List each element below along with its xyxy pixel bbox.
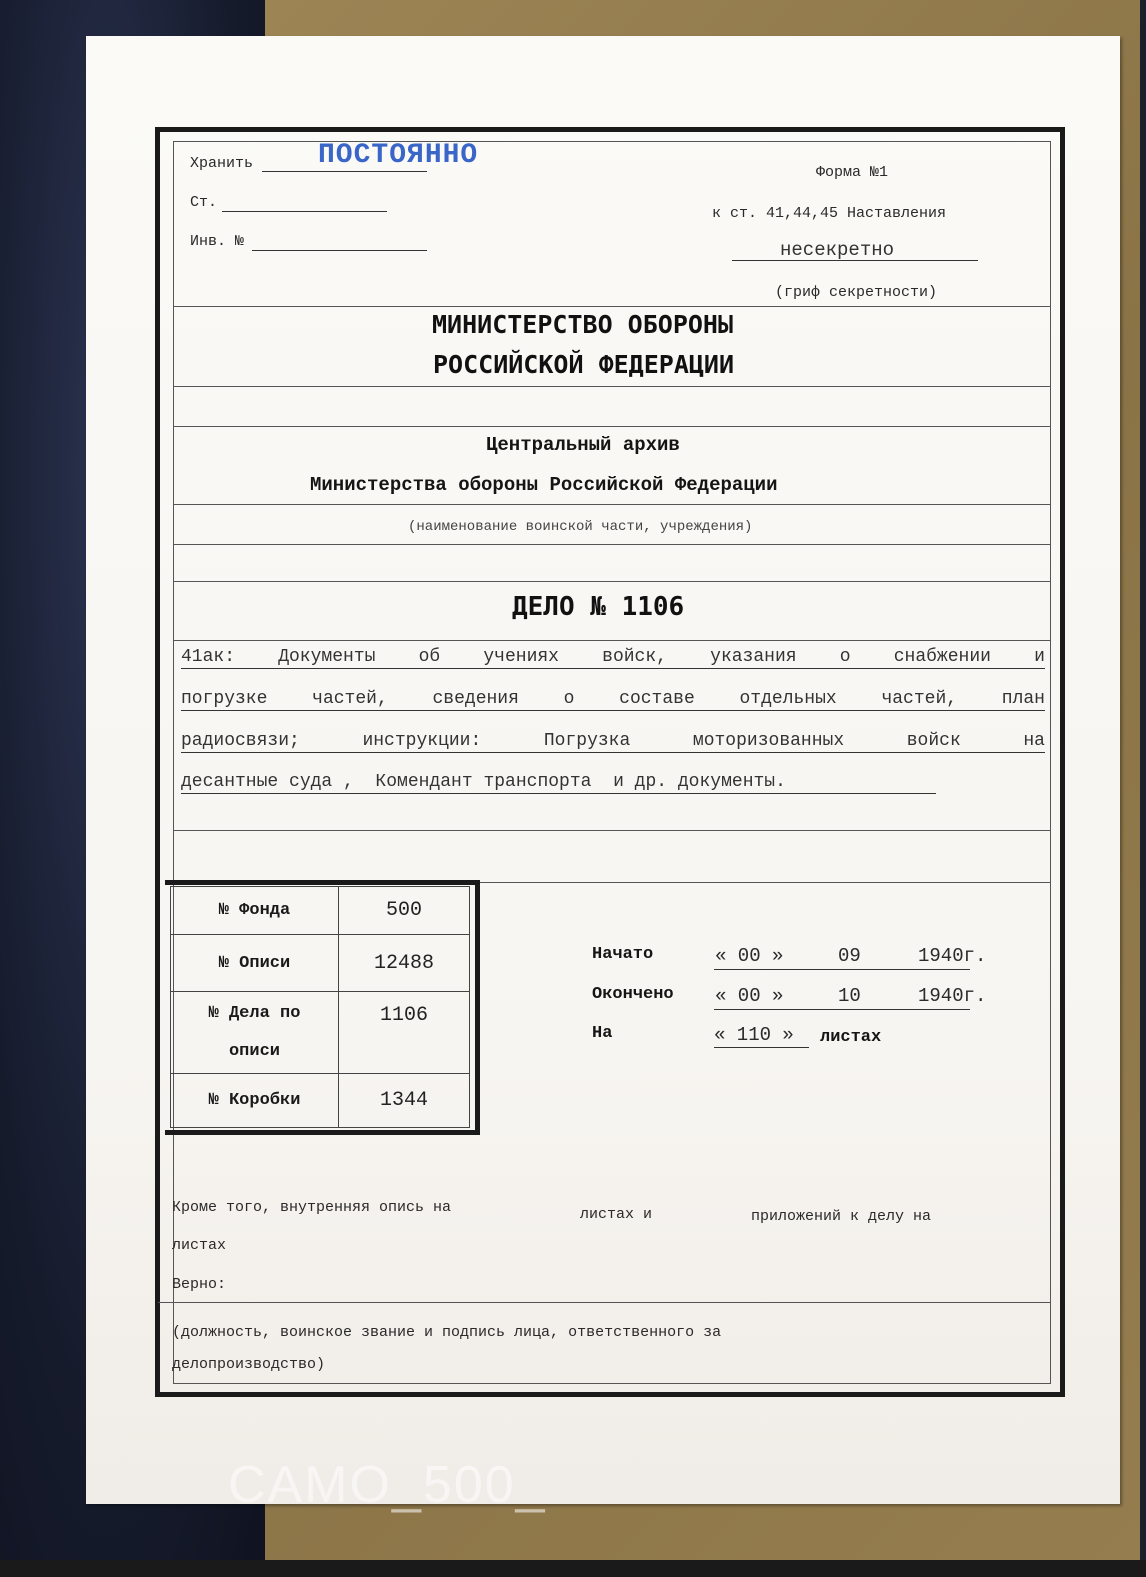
word: Погрузка	[544, 731, 630, 751]
finished-underline	[714, 1009, 970, 1010]
word: частей,	[881, 689, 957, 709]
keep-underline	[262, 171, 427, 172]
divider	[174, 386, 1050, 387]
form-reference: к ст. 41,44,45 Наставления	[712, 205, 946, 222]
ministry-line1: МИНИСТЕРСТВО ОБОРОНЫ	[432, 310, 733, 339]
table-row: № Фонда 500	[171, 887, 470, 935]
finished-day: « 00 »	[715, 985, 783, 1007]
delo-label-line1: № Дела по	[172, 995, 337, 1033]
word: указания	[710, 647, 796, 667]
description-line-2: погрузке частей, сведения о составе отде…	[181, 689, 1045, 711]
inv-underline	[252, 250, 427, 251]
archive-caption: (наименование воинской части, учреждения…	[408, 519, 752, 535]
divider	[174, 306, 1050, 307]
description-line-3: радиосвязи; инструкции: Погрузка моториз…	[181, 731, 1045, 753]
word: десантные суда , Комендант транспорта и …	[181, 772, 786, 792]
description-line-4: десантные суда , Комендант транспорта и …	[181, 772, 936, 794]
finished-month: 10	[838, 985, 861, 1007]
word: моторизованных	[693, 731, 844, 751]
archive-table: № Фонда 500 № Описи 12488 № Дела по опис…	[170, 886, 470, 1128]
divider	[158, 1302, 1050, 1303]
table-row: № Коробки 1344	[171, 1074, 470, 1128]
archive-watermark: CAMO_500_	[228, 1455, 547, 1515]
description-line-1: 41ак: Документы об учениях войск, указан…	[181, 647, 1045, 669]
word: учениях	[483, 647, 559, 667]
secrecy-value: несекретно	[780, 239, 894, 261]
word: составе	[619, 689, 695, 709]
finished-label: Окончено	[592, 985, 674, 1004]
inventory-text-1: Кроме того, внутренняя опись на	[172, 1199, 451, 1216]
started-label: Начато	[592, 945, 653, 964]
archive-line2: Министерства обороны Российской Федераци…	[310, 474, 777, 496]
sheets-value: « 110 »	[714, 1024, 794, 1046]
ministry-line2: РОССИЙСКОЙ ФЕДЕРАЦИИ	[433, 350, 734, 379]
st-underline	[222, 211, 387, 212]
archive-line1: Центральный архив	[486, 434, 680, 456]
divider	[174, 544, 1050, 545]
sheets-unit: листах	[820, 1028, 881, 1047]
word: план	[1002, 689, 1045, 709]
inventory-text-2: листах и	[580, 1206, 652, 1223]
delo-label-line2: описи	[172, 1033, 337, 1071]
sheets-label: На	[592, 1024, 612, 1043]
word: Документы	[278, 647, 375, 667]
box-label: № Коробки	[171, 1074, 339, 1128]
inventory-text-3: приложений к делу на	[751, 1208, 931, 1225]
fond-label: № Фонда	[171, 887, 339, 935]
word: радиосвязи;	[181, 731, 300, 751]
word: и	[1034, 647, 1045, 667]
sheets-underline	[714, 1047, 809, 1048]
opis-value: 12488	[339, 935, 470, 992]
word: погрузке	[181, 689, 267, 709]
word: о	[564, 689, 575, 709]
word: о	[840, 647, 851, 667]
inv-label: Инв. №	[190, 233, 244, 250]
started-underline	[714, 969, 970, 970]
word: инструкции:	[362, 731, 481, 751]
word: отдельных	[740, 689, 837, 709]
signature-caption-1: (должность, воинское звание и подпись ли…	[172, 1324, 721, 1341]
divider	[174, 640, 1050, 641]
bottom-shadow	[0, 1560, 1146, 1577]
keep-label: Хранить	[190, 155, 253, 172]
word: на	[1023, 731, 1045, 751]
fond-value: 500	[339, 887, 470, 935]
divider	[174, 504, 1050, 505]
word: 41ак:	[181, 647, 235, 667]
verified-label: Верно:	[172, 1276, 226, 1293]
secrecy-underline	[732, 260, 978, 261]
divider	[174, 426, 1050, 427]
word: войск,	[602, 647, 667, 667]
box-value: 1344	[339, 1074, 470, 1128]
signature-caption-2: делопроизводство)	[172, 1356, 325, 1373]
inventory-text-4: листах	[172, 1237, 226, 1254]
started-day: « 00 »	[715, 945, 783, 967]
st-label: Ст.	[190, 194, 217, 211]
delo-value: 1106	[339, 992, 470, 1074]
opis-label: № Описи	[171, 935, 339, 992]
table-row: № Описи 12488	[171, 935, 470, 992]
delo-label: № Дела по описи	[171, 992, 339, 1074]
finished-year: 1940г.	[918, 985, 986, 1007]
word: войск	[907, 731, 961, 751]
permanent-stamp: ПОСТОЯННО	[318, 140, 478, 171]
started-month: 09	[838, 945, 861, 967]
word: частей,	[312, 689, 388, 709]
secrecy-caption: (гриф секретности)	[775, 284, 937, 301]
form-number: Форма №1	[816, 164, 888, 181]
started-year: 1940г.	[918, 945, 986, 967]
divider	[174, 581, 1050, 582]
word: об	[419, 647, 441, 667]
word: снабжении	[894, 647, 991, 667]
divider	[480, 882, 1050, 883]
divider	[174, 830, 1050, 831]
case-title: ДЕЛО № 1106	[512, 592, 684, 622]
word: сведения	[432, 689, 518, 709]
table-row: № Дела по описи 1106	[171, 992, 470, 1074]
